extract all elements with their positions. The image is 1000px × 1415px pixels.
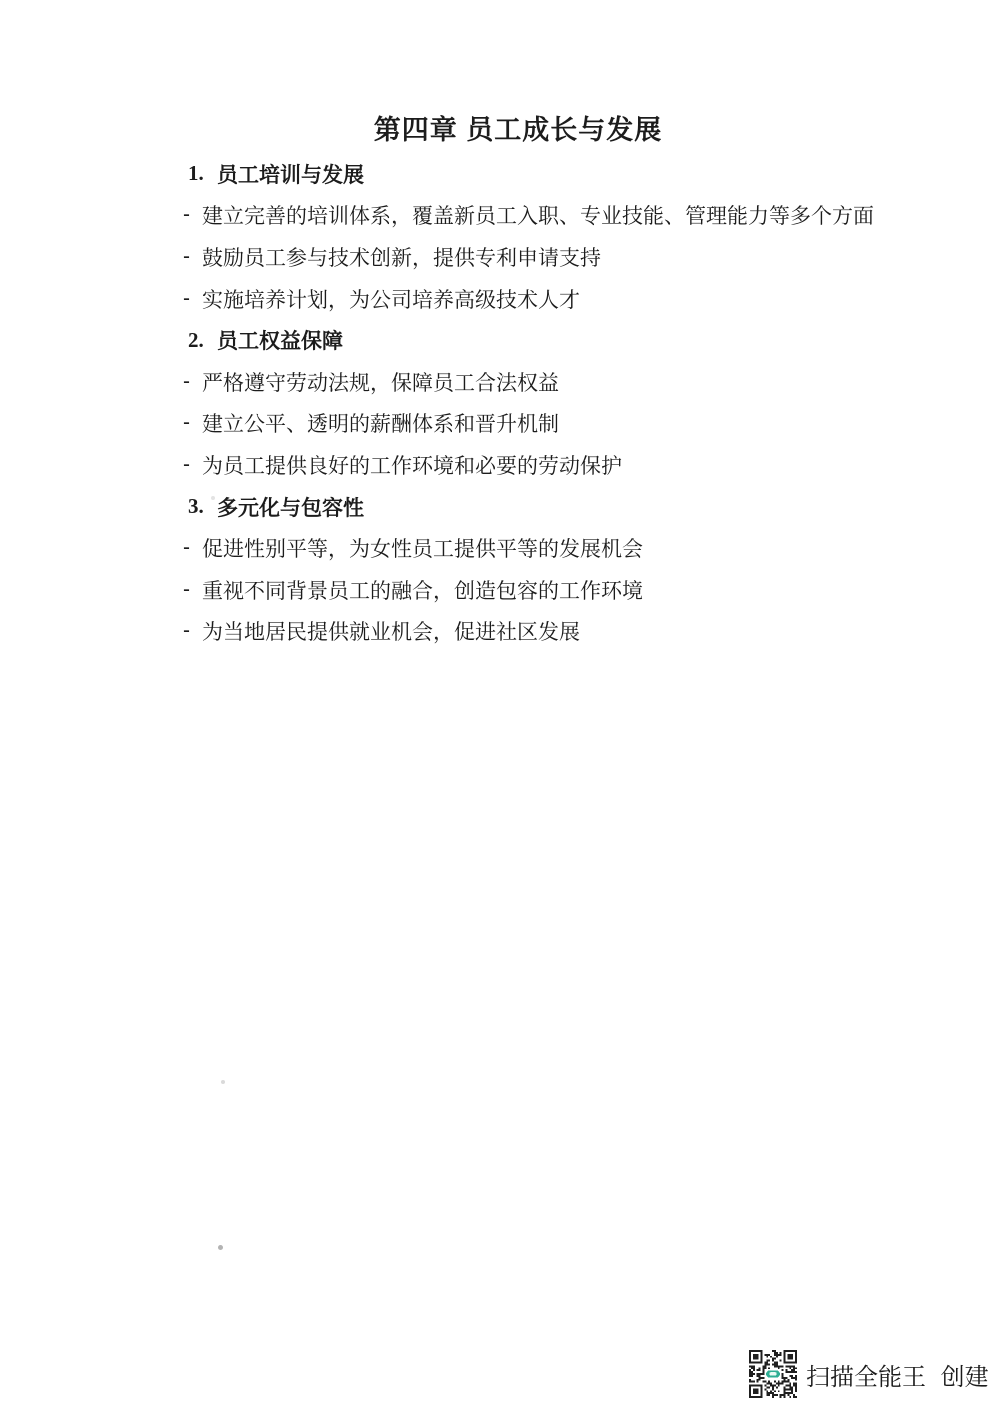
section-heading-1: 1. 员工培训与发展: [183, 153, 874, 195]
section-heading-text: 员工权益保障: [217, 325, 343, 355]
section-heading-text: 多元化与包容性: [217, 492, 364, 522]
bullet-text: 实施培养计划，为公司培养高级技术人才: [202, 284, 580, 314]
bullet-item: - 建立完善的培训体系，覆盖新员工入职、专业技能、管理能力等多个方面: [183, 195, 874, 237]
bullet-marker: -: [183, 287, 202, 311]
bullet-marker: -: [183, 453, 202, 477]
document-body: 1. 员工培训与发展 - 建立完善的培训体系，覆盖新员工入职、专业技能、管理能力…: [183, 153, 874, 652]
page-title: 第四章 员工成长与发展: [0, 108, 1000, 147]
scan-artifact-dot: [211, 496, 215, 500]
qr-logo-highlight: [769, 1372, 776, 1376]
bullet-item: - 鼓励员工参与技术创新，提供专利申请支持: [183, 236, 874, 278]
bullet-marker: -: [183, 578, 202, 602]
qr-code-icon: [749, 1350, 797, 1398]
bullet-item: - 严格遵守劳动法规，保障员工合法权益: [183, 361, 874, 403]
bullet-text: 为员工提供良好的工作环境和必要的劳动保护: [202, 450, 622, 480]
section-number: 1.: [188, 161, 217, 186]
scan-artifact-dot: [218, 1245, 223, 1250]
bullet-item: - 建立公平、透明的薪酬体系和晋升机制: [183, 403, 874, 445]
bullet-text: 为当地居民提供就业机会，促进社区发展: [202, 616, 580, 646]
watermark-text: 扫描全能王 创建: [806, 1357, 989, 1392]
bullet-item: - 为员工提供良好的工作环境和必要的劳动保护: [183, 444, 874, 486]
bullet-marker: -: [183, 619, 202, 643]
bullet-text: 促进性别平等，为女性员工提供平等的发展机会: [202, 533, 643, 563]
bullet-marker: -: [183, 245, 202, 269]
bullet-item: - 促进性别平等，为女性员工提供平等的发展机会: [183, 527, 874, 569]
bullet-item: - 为当地居民提供就业机会，促进社区发展: [183, 611, 874, 653]
watermark-footer: 扫描全能王 创建: [749, 1350, 989, 1398]
bullet-marker: -: [183, 370, 202, 394]
bullet-text: 严格遵守劳动法规，保障员工合法权益: [202, 367, 559, 397]
section-heading-text: 员工培训与发展: [217, 159, 364, 189]
section-heading-3: 3. 多元化与包容性: [183, 486, 874, 528]
bullet-marker: -: [183, 203, 202, 227]
bullet-item: - 重视不同背景员工的融合，创造包容的工作环境: [183, 569, 874, 611]
bullet-text: 建立公平、透明的薪酬体系和晋升机制: [202, 408, 559, 438]
bullet-marker: -: [183, 536, 202, 560]
bullet-marker: -: [183, 411, 202, 435]
section-number: 2.: [188, 328, 217, 353]
section-heading-2: 2. 员工权益保障: [183, 319, 874, 361]
bullet-text: 建立完善的培训体系，覆盖新员工入职、专业技能、管理能力等多个方面: [202, 200, 874, 230]
scanned-document-page: 第四章 员工成长与发展 1. 员工培训与发展 - 建立完善的培训体系，覆盖新员工…: [0, 0, 1000, 1415]
bullet-text: 鼓励员工参与技术创新，提供专利申请支持: [202, 242, 601, 272]
scan-artifact-dot: [221, 1080, 225, 1084]
bullet-item: - 实施培养计划，为公司培养高级技术人才: [183, 278, 874, 320]
bullet-text: 重视不同背景员工的融合，创造包容的工作环境: [202, 575, 643, 605]
